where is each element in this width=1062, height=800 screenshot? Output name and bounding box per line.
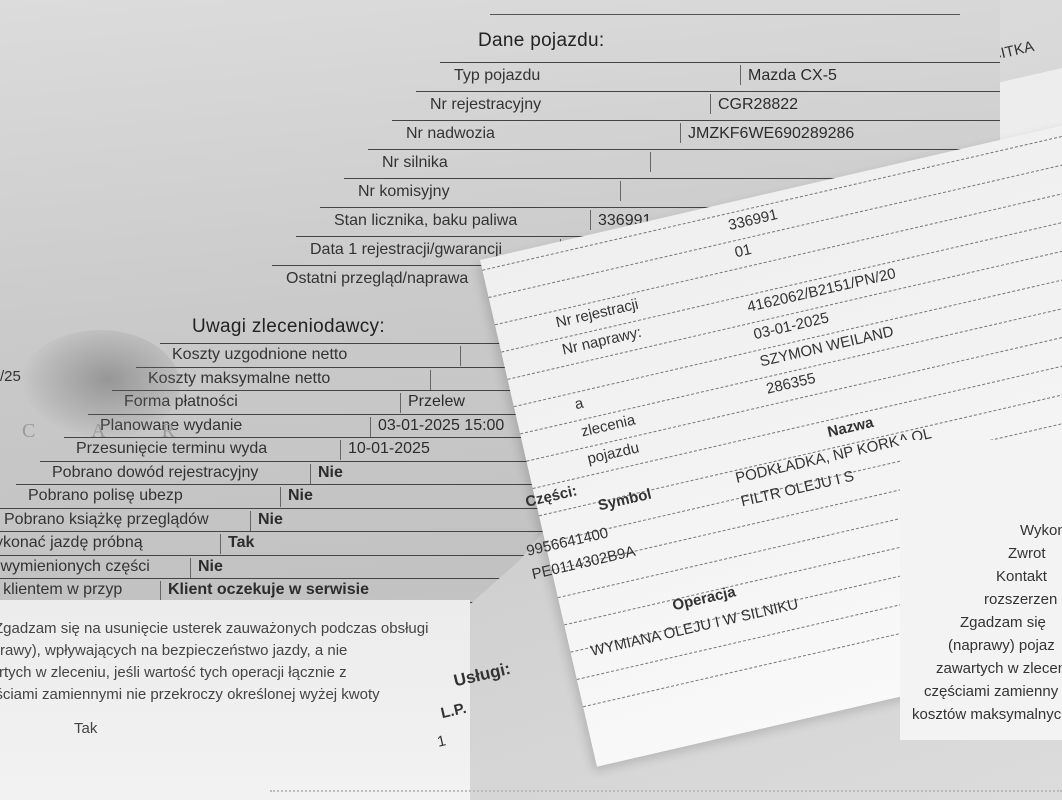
- client-note-label: Wykonać jazdę próbną: [0, 534, 143, 552]
- client-note-label: Zwrot wymienionych części: [0, 558, 150, 576]
- consent-line-1: (naprawy), wpływających na bezpieczeństw…: [0, 642, 347, 659]
- client-note-value: Nie: [198, 558, 223, 576]
- vehicle-row: Nr nadwoziaJMZKF6WE690289286: [392, 120, 1040, 147]
- consent-line-0: Zgadzam się na usunięcie usterek zauważo…: [0, 620, 428, 637]
- vehicle-row-value: CGR28822: [718, 96, 798, 114]
- watermark-text: C A R: [22, 420, 201, 443]
- vehicle-row-value: JMZKF6WE690289286: [688, 125, 854, 143]
- vehicle-data-title: Dane pojazdu:: [478, 30, 604, 52]
- client-note-value: Nie: [258, 511, 283, 529]
- order-row-label: pojazdu: [586, 439, 641, 467]
- left-code-fragment: /25: [0, 368, 21, 385]
- client-note-value: 03-01-2025 15:00: [378, 417, 504, 435]
- client-note-label: Koszty uzgodnione netto: [172, 346, 347, 364]
- client-note-label: Pobrano książkę przeglądów: [4, 511, 209, 529]
- column-divider: [250, 511, 251, 531]
- client-note-label: Pobrano dowód rejestracyjny: [52, 464, 258, 482]
- client-note-label: Pobrano polisę ubezp: [28, 487, 183, 505]
- divider: [270, 790, 1062, 792]
- consent-line-3: częściami zamiennymi nie przekroczy okre…: [0, 686, 380, 703]
- client-note-value: Klient oczekuje w serwisie: [168, 581, 369, 599]
- column-divider: [620, 181, 621, 201]
- far-right-line: Kontakt: [996, 568, 1047, 585]
- column-divider: [310, 464, 311, 484]
- background-page-far-right: WykonaćZwrotKontaktrozszerzenZgadzam się…: [900, 440, 1062, 740]
- vehicle-row-value: Mazda CX-5: [748, 67, 837, 85]
- vehicle-row-label: Typ pojazdu: [454, 67, 540, 85]
- client-note-value: 10-01-2025: [348, 440, 430, 458]
- column-divider: [280, 487, 281, 507]
- consent-section: Zgadzam się na usunięcie usterek zauważo…: [0, 600, 470, 800]
- far-right-line: zawartych w zlecen: [936, 660, 1062, 677]
- client-note-value: Tak: [228, 534, 254, 552]
- parts-symbol-header: Symbol: [596, 486, 653, 515]
- vehicle-row-label: Nr silnika: [382, 154, 448, 172]
- column-divider: [590, 210, 591, 230]
- consent-answer: Tak: [74, 720, 97, 737]
- client-note-value: Nie: [288, 487, 313, 505]
- column-divider: [460, 346, 461, 366]
- column-divider: [370, 417, 371, 437]
- far-right-line: (naprawy) pojaz: [948, 637, 1055, 654]
- column-divider: [340, 440, 341, 460]
- client-note-value: Nie: [318, 464, 343, 482]
- column-divider: [160, 581, 161, 601]
- divider: [490, 14, 960, 15]
- column-divider: [680, 123, 681, 143]
- vehicle-row-label: Nr komisyjny: [358, 183, 450, 201]
- vehicle-row-label: Nr nadwozia: [406, 125, 495, 143]
- vehicle-row: Nr rejestracyjnyCGR28822: [416, 91, 1040, 118]
- column-divider: [430, 370, 431, 390]
- far-right-line: Zwrot: [1008, 545, 1046, 562]
- column-divider: [220, 534, 221, 554]
- far-right-line: kosztów maksymalnych: [912, 706, 1062, 723]
- far-right-line: Wykonać: [1020, 522, 1062, 539]
- client-notes-title: Uwagi zleceniodawcy:: [192, 316, 385, 338]
- vehicle-row-label: Data 1 rejestracji/gwarancji: [310, 241, 502, 259]
- column-divider: [740, 65, 741, 85]
- vehicle-row-label: Nr rejestracyjny: [430, 96, 541, 114]
- parts-section-label: Części:: [524, 482, 579, 510]
- services-operation-header: Operacja: [671, 583, 737, 614]
- far-right-line: Zgadzam się: [960, 614, 1046, 631]
- column-divider: [650, 152, 651, 172]
- far-right-line: częściami zamienny: [924, 683, 1058, 700]
- order-row-value: 01: [733, 241, 753, 261]
- column-divider: [400, 393, 401, 413]
- order-row-label: a: [573, 395, 585, 413]
- vehicle-row-label: Stan licznika, baku paliwa: [334, 212, 517, 230]
- column-divider: [190, 558, 191, 578]
- far-right-line: rozszerzen: [984, 591, 1057, 608]
- consent-line-2: zawartych w zleceniu, jeśli wartość tych…: [0, 664, 347, 681]
- client-note-label: Kontakt z klientem w przyp: [0, 581, 122, 599]
- vehicle-row-label: Ostatni przegląd/naprawa: [286, 270, 468, 288]
- column-divider: [710, 94, 711, 114]
- client-note-value: Przelew: [408, 393, 465, 411]
- vehicle-row: Typ pojazduMazda CX-5: [440, 62, 1040, 89]
